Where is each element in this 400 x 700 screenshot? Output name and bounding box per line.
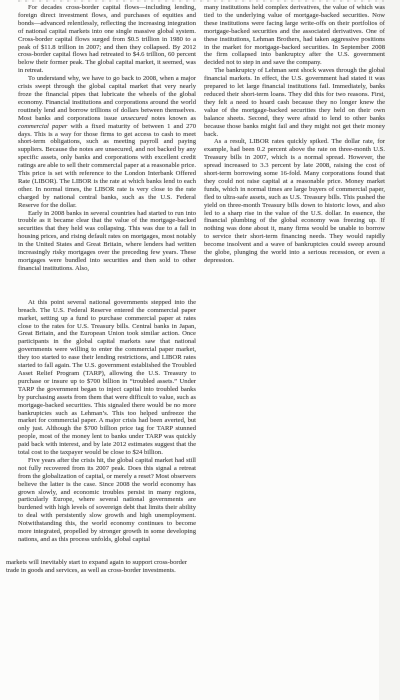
paragraph: For decades cross-border capital flows—i… <box>18 4 196 75</box>
paragraph: markets will inevitably start to expand … <box>6 559 187 575</box>
left-column: For decades cross-border capital flows—i… <box>18 4 196 575</box>
right-column: many institutions held complex derivativ… <box>204 4 385 265</box>
text-block: At this point several national governmen… <box>18 299 196 544</box>
text-block: For decades cross-border capital flows—i… <box>18 4 196 273</box>
document-page: For decades cross-border capital flows—i… <box>0 0 400 700</box>
text-block: many institutions held complex derivativ… <box>204 4 385 265</box>
paragraph: To understand why, we have to go back to… <box>18 75 196 209</box>
paragraph: The bankruptcy of Lehman sent shock wave… <box>204 67 385 138</box>
italic-term: unsecured <box>121 115 148 122</box>
paragraph: At this point several national governmen… <box>18 299 196 457</box>
paragraph: Five years after the crisis hit, the glo… <box>18 457 196 544</box>
clipped-text-remnant <box>18 0 384 2</box>
paragraph: many institutions held complex derivativ… <box>204 4 385 67</box>
text-block: markets will inevitably start to expand … <box>6 559 187 575</box>
italic-term: commercial paper <box>18 123 67 130</box>
paragraph: Early in 2008 banks in several countries… <box>18 210 196 273</box>
paragraph: As a result, LIBOR rates quickly spiked.… <box>204 138 385 265</box>
